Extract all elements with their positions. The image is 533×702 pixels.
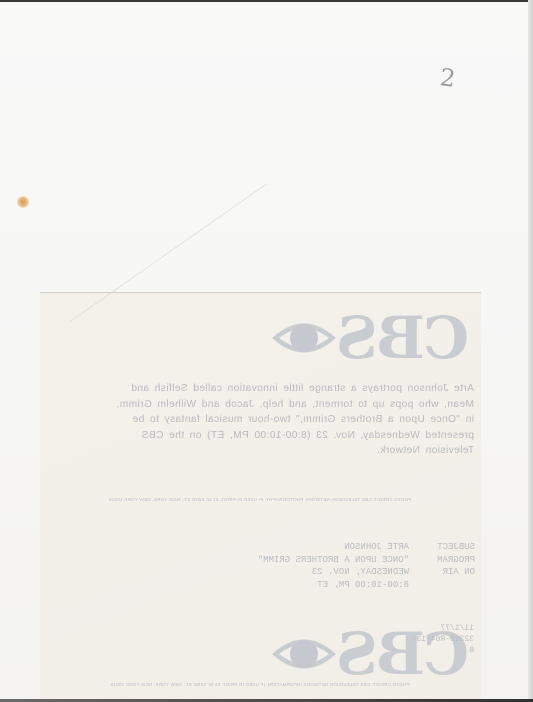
info-label: SUBJECT [409,541,475,554]
info-value: 8:00-10:00 PM, ET [215,579,409,592]
info-label: PROGRAM [409,554,475,567]
credit-line-top: Photo credit: CBS TELEVISION NETWORK PHO… [44,497,476,502]
caption-text: Arte Johnson portrays a strange little i… [134,381,474,459]
info-value: WEDNESDAY, NOV. 23 [215,566,409,579]
scan-right-edge [528,0,533,702]
info-label [409,579,475,592]
cbs-logo-top: CBS [283,307,473,369]
caption-line: in "Once Upon a Brothers Grimm," two-hou… [134,412,474,428]
caption-line: presented Wednesday, Nov. 23 (8:00-10:00… [134,428,474,444]
caption-line: Television Network. [134,443,474,459]
info-row-time: 8:00-10:00 PM, ET [215,579,475,592]
caption-sheet: CBS Arte Johnson portrays a strange litt… [40,292,481,702]
photo-date: 11/1/77 [408,623,474,634]
program-info: SUBJECT ARTE JOHNSON PROGRAM "ONCE UPON … [215,541,475,591]
photo-negative-number: 32310-R64-13-B [408,634,474,656]
foxing-stain [17,196,29,208]
info-label: ON AIR [409,566,475,579]
cbs-wordmark: CBS [338,307,469,369]
info-row-program: PROGRAM "ONCE UPON A BROTHERS GRIMM" [215,554,475,567]
cbs-eye-icon [270,631,338,677]
caption-line: Mean, who pops up to torment, and help, … [134,397,474,413]
info-row-on-air: ON AIR WEDNESDAY, NOV. 23 [215,566,475,579]
info-value: ARTE JOHNSON [215,541,409,554]
info-value: "ONCE UPON A BROTHERS GRIMM" [215,554,409,567]
photo-id-numbers: 11/1/77 32310-R64-13-B [408,623,474,656]
cbs-eye-icon [270,315,338,361]
caption-line: Arte Johnson portrays a strange little i… [134,381,474,397]
info-row-subject: SUBJECT ARTE JOHNSON [215,541,475,554]
credit-line-bottom: PHOTO CREDIT: CBS TELEVISION NETWORK INF… [44,682,476,687]
